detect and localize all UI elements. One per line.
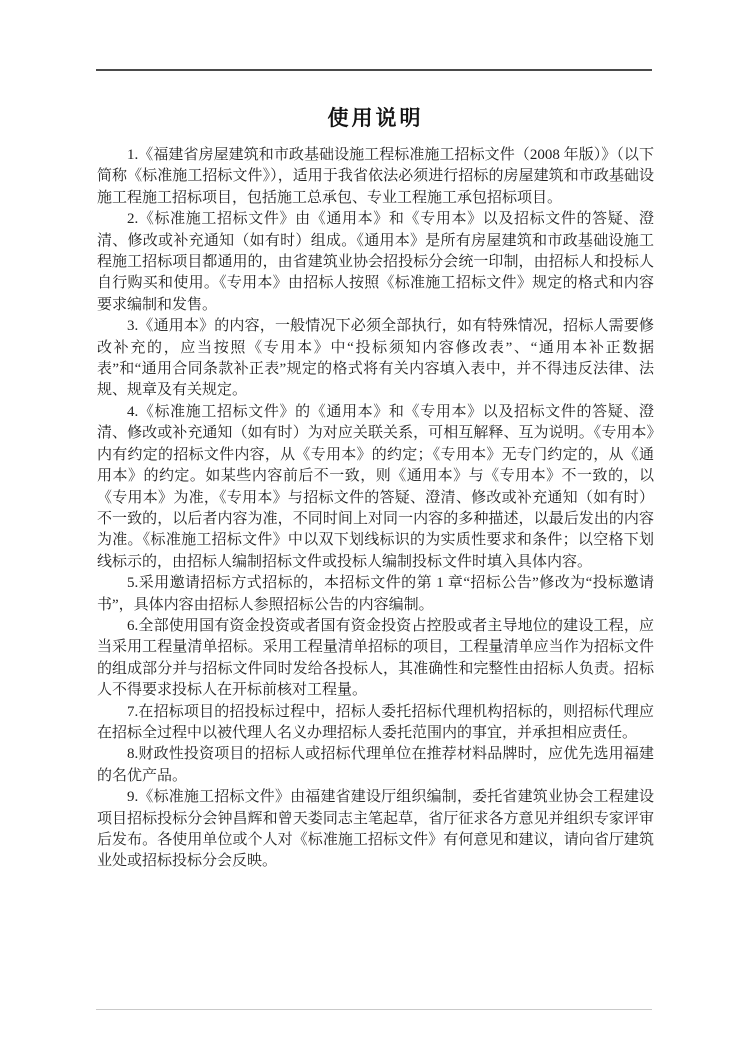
paragraph: 4.《标准施工招标文件》的《通用本》和《专用本》以及招标文件的答疑、澄清、修改或… (97, 402, 654, 573)
paragraph: 6.全部使用国有资金投资或者国有资金投资占控股或者主导地位的建设工程，应当采用工… (97, 616, 654, 702)
paragraph: 3.《通用本》的内容，一般情况下必须全部执行，如有特殊情况，招标人需要修改补充的… (97, 316, 654, 402)
paragraph: 7.在招标项目的招投标过程中，招标人委托招标代理机构招标的，则招标代理应在招标全… (97, 702, 654, 745)
paragraph: 5.采用邀请招标方式招标的，本招标文件的第 1 章“招标公告”修改为“投标邀请书… (97, 573, 654, 616)
document-page: 使用说明 1.《福建省房屋建筑和市政基础设施工程标准施工招标文件（2008 年版… (0, 0, 744, 1052)
header-divider (96, 69, 652, 71)
paragraph-list: 1.《福建省房屋建筑和市政基础设施工程标准施工招标文件（2008 年版）》（以下… (97, 145, 654, 873)
document-content: 使用说明 1.《福建省房屋建筑和市政基础设施工程标准施工招标文件（2008 年版… (97, 102, 654, 873)
paragraph: 8.财政性投资项目的招标人或招标代理单位在推荐材料品牌时，应优先选用福建的名优产… (97, 744, 654, 787)
footer-divider (96, 1009, 652, 1010)
paragraph: 9.《标准施工招标文件》由福建省建设厅组织编制，委托省建筑业协会工程建设项目招标… (97, 787, 654, 873)
paragraph: 2.《标准施工招标文件》由《通用本》和《专用本》以及招标文件的答疑、澄清、修改或… (97, 209, 654, 316)
paragraph: 1.《福建省房屋建筑和市政基础设施工程标准施工招标文件（2008 年版）》（以下… (97, 145, 654, 209)
page-title: 使用说明 (97, 102, 654, 132)
